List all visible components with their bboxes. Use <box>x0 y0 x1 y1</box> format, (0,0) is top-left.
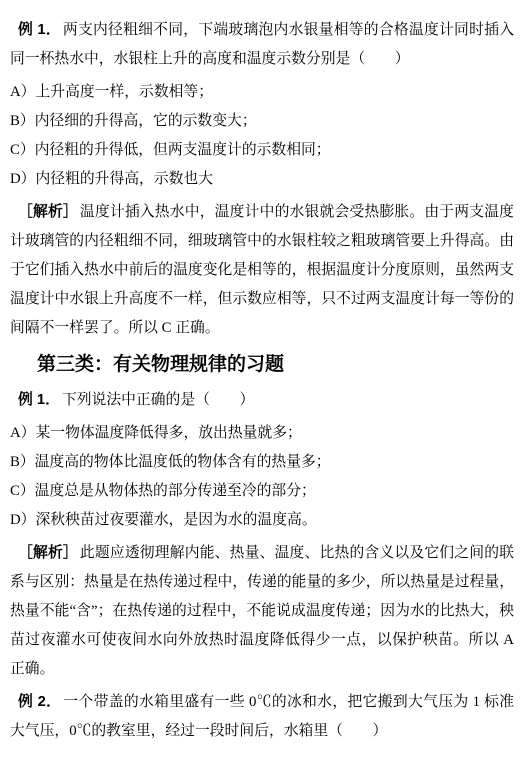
problem1-option-b: B）内径细的升得高，它的示数变大； <box>10 107 514 136</box>
problem1-option-c: C）内径粗的升得低，但两支温度计的示数相同； <box>10 136 514 165</box>
problem2-label: 例 1． <box>18 392 60 408</box>
problem2-option-d: D）深秋秧苗过夜要灌水，是因为水的温度高。 <box>10 506 514 535</box>
problem1-option-d: D）内径粗的升得高，示数也大 <box>10 165 514 194</box>
problem1-question-text: 两支内径粗细不同，下端玻璃泡内水银量相等的合格温度计同时插入同一杯热水中，水银柱… <box>10 22 514 67</box>
problem1-analysis-text: 温度计插入热水中，温度计中的水银就会受热膨胀。由于两支温度计玻璃管的内径粗细不同… <box>10 204 514 336</box>
problem1-question: 例 1．两支内径粗细不同，下端玻璃泡内水银量相等的合格温度计同时插入同一杯热水中… <box>10 16 514 74</box>
problem2-option-c: C）温度总是从物体热的部分传递至冷的部分； <box>10 477 514 506</box>
problem3-question: 例 2．一个带盖的水箱里盛有一些 0℃的冰和水，把它搬到大气压为 1 标准大气压… <box>10 688 514 746</box>
problem3-label: 例 2． <box>18 694 61 710</box>
section-heading: 第三类：有关物理规律的习题 <box>37 350 514 380</box>
problem1-analysis-label: ［解析］ <box>18 204 78 220</box>
problem2-option-a: A）某一物体温度降低得多，放出热量就多； <box>10 419 514 448</box>
problem2-option-b: B）温度高的物体比温度低的物体含有的热量多； <box>10 448 514 477</box>
problem3-question-text: 一个带盖的水箱里盛有一些 0℃的冰和水，把它搬到大气压为 1 标准大气压，0℃的… <box>10 694 514 739</box>
problem2-analysis: ［解析］此题应透彻理解内能、热量、温度、比热的含义以及它们之间的联系与区别：热量… <box>10 539 514 684</box>
problem2-question: 例 1．下列说法中正确的是（ ） <box>10 386 514 415</box>
problem1-label: 例 1． <box>18 22 61 38</box>
problem2-analysis-text: 此题应透彻理解内能、热量、温度、比热的含义以及它们之间的联系与区别：热量是在热传… <box>10 545 514 677</box>
problem2-question-text: 下列说法中正确的是（ ） <box>62 392 254 408</box>
document-page: 例 1．两支内径粗细不同，下端玻璃泡内水银量相等的合格温度计同时插入同一杯热水中… <box>0 0 524 746</box>
problem2-analysis-label: ［解析］ <box>18 545 78 561</box>
problem1-option-a: A）上升高度一样，示数相等； <box>10 78 514 107</box>
problem1-analysis: ［解析］温度计插入热水中，温度计中的水银就会受热膨胀。由于两支温度计玻璃管的内径… <box>10 198 514 343</box>
